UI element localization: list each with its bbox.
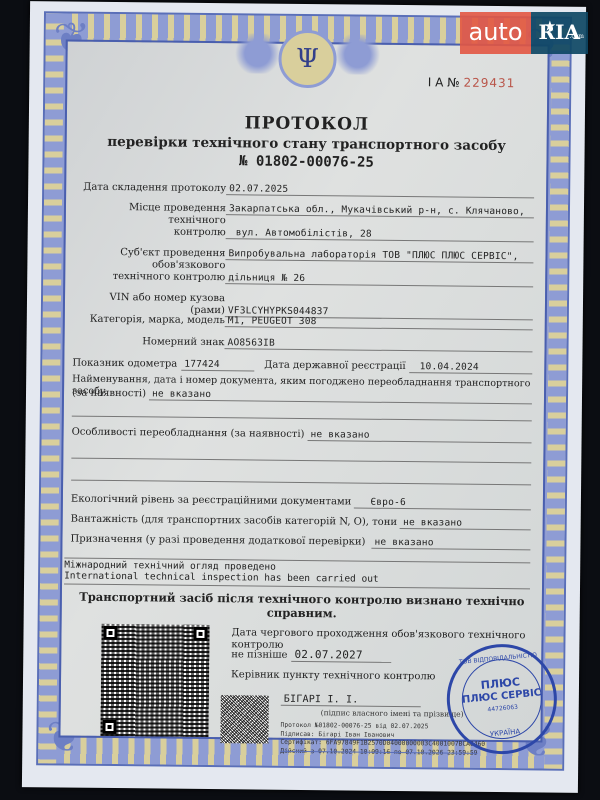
serial-number: 229431 [463,76,515,91]
qr-pattern [220,695,269,744]
field-purpose: Призначення (у разі проведення додатково… [70,534,530,551]
qr-finder-icon [193,627,207,641]
field-label: (за наявності) [72,388,146,401]
field-value: дільниця № 26 [225,272,533,287]
field-label: не пізніше [231,649,287,662]
field-label: Показник одометра [72,358,177,371]
signature-caption: (підпис власного імені та прізвище) [321,708,464,718]
field-value: Євро-6 [354,497,531,511]
field-label: технічного контролю [73,271,225,285]
field-value: 02.07.2025 [226,183,534,198]
field-eco-level: Екологічний рівень за реєстраційними док… [71,494,531,511]
blank-line [71,458,531,464]
esign-line: Дійсний з 07.10.2024 10:09:16 по 07.10.2… [280,747,485,758]
watermark-auto: auto [460,12,530,54]
qr-code-small[interactable] [220,695,269,744]
field-label: Екологічний рівень за реєстраційними док… [71,494,352,509]
protocol-document: ❦ ❦ ❦ ❦ Ψ І А № 229431 ПРОТОКОЛ перевірк… [22,1,586,793]
next-inspection-value: 02.07.2027 [291,648,391,663]
field-value: не вказано [371,537,530,551]
next-inspection-date: не пізніше 02.07.2027 [231,647,391,663]
watermark-domain: .com [569,21,584,53]
ornament-left-icon [232,33,282,74]
document-title: ПРОТОКОЛ [67,112,547,137]
field-value: вул. Автомобілістів, 28 [226,227,534,242]
field-subject-line-2: технічного контролю дільниця № 26 [73,271,533,288]
field-label: Категорія, марка, модель [73,314,225,328]
field-payload: Вантажність (для транспортних засобів ка… [71,514,531,531]
field-label: Призначення (у разі проведення додатково… [70,534,365,549]
field-date: Дата складення протоколу 02.07.2025 [74,182,534,199]
qr-finder-icon [103,626,117,640]
coat-of-arms: Ψ [232,23,383,89]
blank-line [71,480,531,486]
qr-finder-icon [102,720,116,734]
trident-icon: Ψ [278,30,337,89]
field-place-line-2: контролю вул. Автомобілістів, 28 [74,226,534,243]
divider [64,583,530,589]
verdict-statement: Транспортний засіб після технічного конт… [62,589,542,622]
field-value: не вказано [400,517,531,530]
international-inspection-en: International technical inspection has b… [64,570,379,584]
head-name-value: БІГАРІ І. І. [281,694,421,707]
field-label: контролю [74,226,226,240]
field-plate: Номерний знак AO8563IB [73,336,533,353]
blank-line [72,416,532,422]
field-value: Випробувальна лабораторія ТОВ "ПЛЮС ПЛЮС… [225,248,533,263]
field-odometer-regdate: Показник одометра 177424 Дата державної … [72,358,532,375]
head-name: БІГАРІ І. І. [281,694,421,707]
field-value: не вказано [307,429,531,443]
star-icon: ★ [545,10,556,42]
form-serial: І А № 229431 [428,75,516,90]
field-conversion-features: Особливості переобладнання (за наявності… [72,427,532,444]
ornament-right-icon [332,34,382,75]
field-label: Особливості переобладнання (за наявності… [72,427,305,441]
reg-date-value: 10.04.2024 [410,361,533,374]
watermark-ria: ★ RIA .com [531,12,589,54]
field-label: Номерний знак [73,336,225,350]
odometer-value: 177424 [181,359,254,372]
document-body: Ψ І А № 229431 ПРОТОКОЛ перевірки техніч… [58,39,549,742]
field-value: AO8563IB [224,337,532,352]
field-label: Вантажність (для транспортних засобів ка… [71,514,397,529]
autoria-watermark: auto ★ RIA .com [460,12,588,54]
serial-prefix: І А № [428,75,460,89]
qr-code-large[interactable] [100,624,209,737]
ornamental-border: ❦ ❦ ❦ ❦ Ψ І А № 229431 ПРОТОКОЛ перевірк… [36,11,572,770]
field-label: Керівник пункту технічного контролю [231,669,435,683]
protocol-number: № 01802-00076-25 [66,152,546,173]
field-label: Дата державної реєстрації [264,360,405,373]
field-value: Закарпатська обл., Мукачівський р-н, с. … [226,203,534,218]
field-value: M1, PEUGEOT 308 [225,315,533,330]
field-label: Дата складення протоколу [74,182,226,196]
